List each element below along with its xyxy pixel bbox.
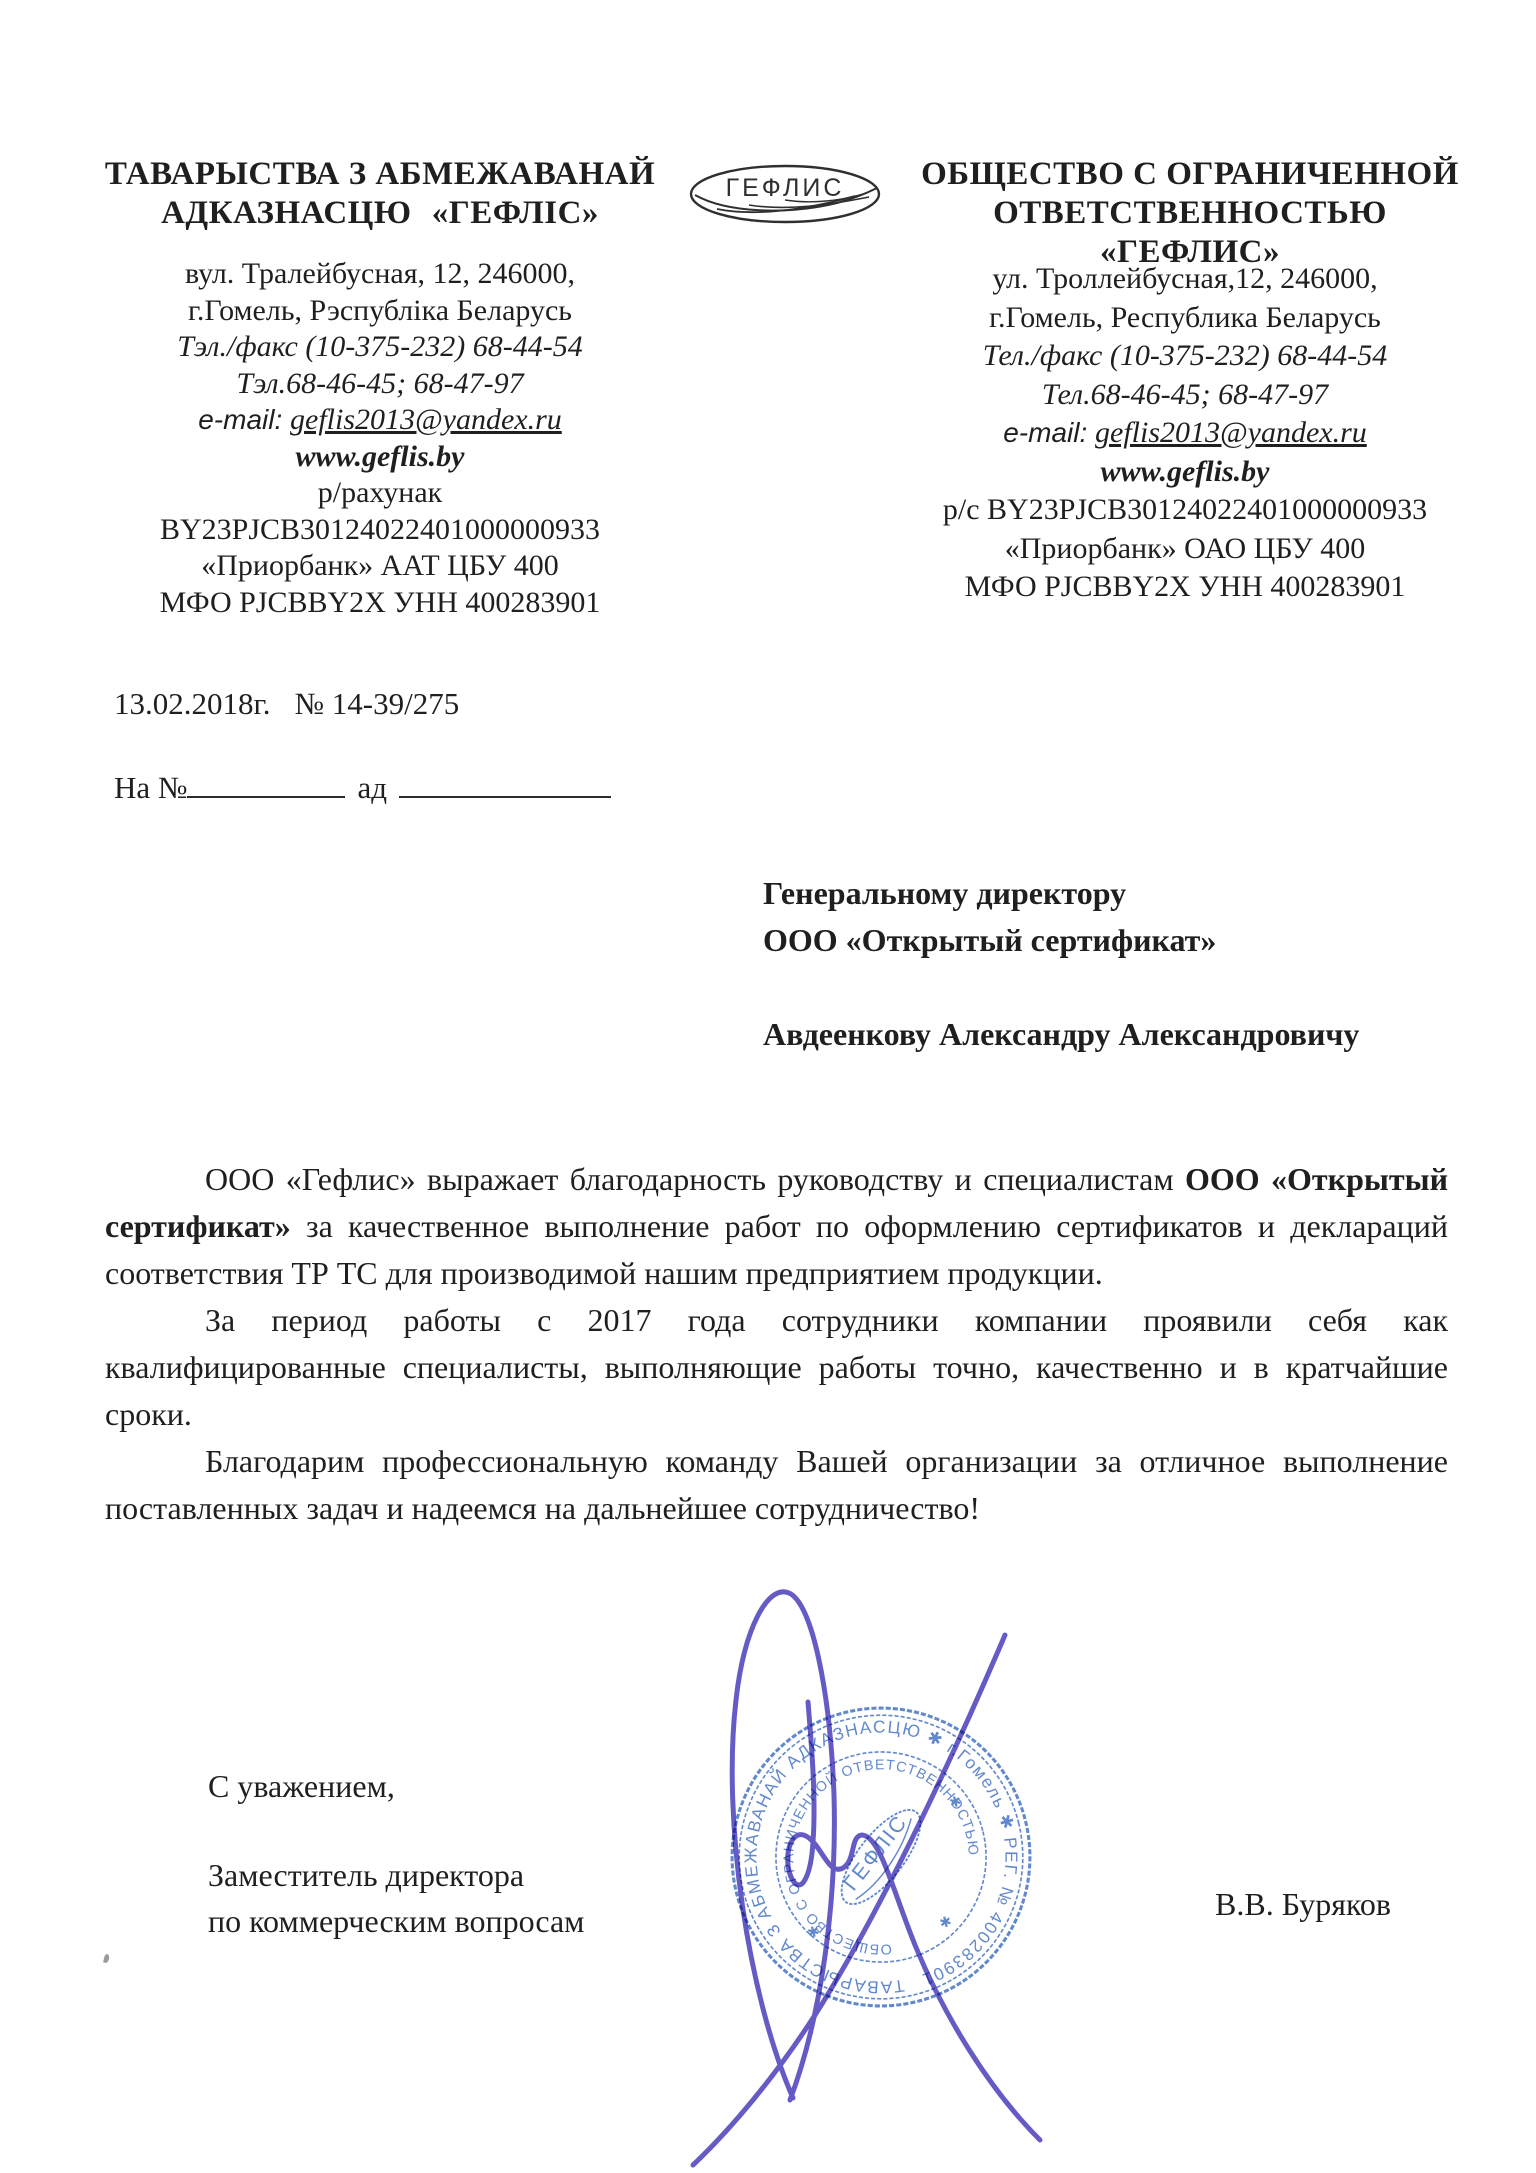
email-label-ru: e-mail [1003, 417, 1079, 448]
addressee-position: Генеральному директору [763, 870, 1463, 917]
email-line-by: e-mail: geflis2013@yandex.ru [80, 402, 680, 439]
company-title-russian: ОБЩЕСТВО С ОГРАНИЧЕННОЙ ОТВЕТСТВЕННОСТЬЮ… [900, 155, 1480, 272]
letter-number: № 14-39/275 [294, 686, 459, 721]
bank-codes-ru: МФО PJCBBY2X УНН 400283901 [885, 568, 1485, 607]
reply-prefix: На № [114, 770, 187, 805]
p1-start: ООО «Гефлис» выражает благодарность руко… [205, 1161, 1185, 1197]
account-number-by: BY23PJCB30124022401000000933 [80, 512, 680, 549]
geflis-logo-icon: ГЕФЛИС [687, 163, 883, 225]
letter-body: ООО «Гефлис» выражает благодарность руко… [105, 1156, 1448, 1532]
address-block-russian: ул. Троллейбусная,12, 246000, г.Гомель, … [885, 260, 1485, 607]
letter-date: 13.02.2018г. [114, 686, 270, 721]
address-block-belarusian: вул. Тралейбусная, 12, 246000, г.Гомель,… [80, 256, 680, 621]
salutation: С уважением, [208, 1768, 395, 1805]
reply-reference-line: На №ад [114, 766, 611, 806]
bank-codes-by: МФО PJCBBY2X УНН 400283901 [80, 585, 680, 622]
city-ru: г.Гомель, Республика Беларусь [885, 299, 1485, 338]
paragraph-3: Благодарим профессиональную команду Ваше… [105, 1438, 1448, 1532]
p1-end: за качественное выполнение работ по офор… [105, 1208, 1448, 1291]
signer-position: Заместитель директора по коммерческим во… [208, 1852, 584, 1944]
bank-by: «Приорбанк» ААТ ЦБУ 400 [80, 548, 680, 585]
paragraph-2: За период работы с 2017 года сотрудники … [105, 1297, 1448, 1438]
email-address-by: geflis2013@yandex.ru [290, 403, 562, 436]
paragraph-1: ООО «Гефлис» выражает благодарность руко… [105, 1156, 1448, 1297]
reply-middle: ад [357, 770, 387, 805]
email-address-ru: geflis2013@yandex.ru [1095, 416, 1367, 449]
account-number-ru: р/с BY23PJCB30124022401000000933 [885, 491, 1485, 530]
phone-fax-by: Тэл./факс (10-375-232) 68-44-54 [80, 329, 680, 366]
phone-fax-ru: Тел./факс (10-375-232) 68-44-54 [885, 337, 1485, 376]
logo-text: ГЕФЛИС [726, 174, 845, 202]
website-by: www.geflis.by [80, 439, 680, 476]
addressee-name: Авдеенкову Александру Александровичу [763, 1011, 1463, 1058]
company-title-by-line1: ТАВАРЫСТВА З АБМЕЖАВАНАЙ [85, 155, 675, 194]
letter-page: ТАВАРЫСТВА З АБМЕЖАВАНАЙ АДКАЗНАСЦЮ «ГЕФ… [0, 0, 1536, 2173]
phone-by: Тэл.68-46-45; 68-47-97 [80, 366, 680, 403]
account-label-by: р/рахунак [80, 475, 680, 512]
reply-date-blank [399, 766, 611, 798]
email-label-by: e-mail [198, 404, 274, 435]
company-title-ru-line1: ОБЩЕСТВО С ОГРАНИЧЕННОЙ [900, 155, 1480, 194]
street-by: вул. Тралейбусная, 12, 246000, [80, 256, 680, 293]
reply-number-blank [187, 766, 345, 798]
street-ru: ул. Троллейбусная,12, 246000, [885, 260, 1485, 299]
city-by: г.Гомель, Рэспубліка Беларусь [80, 293, 680, 330]
addressee-company: ООО «Открытый сертификат» [763, 917, 1463, 964]
company-title-by-line2: АДКАЗНАСЦЮ «ГЕФЛІС» [85, 194, 675, 233]
signer-position-line2: по коммерческим вопросам [208, 1898, 584, 1944]
scan-artifact [103, 1954, 110, 1964]
handwritten-signature [620, 1560, 1080, 2173]
addressee-block: Генеральному директору ООО «Открытый сер… [763, 870, 1463, 1058]
signer-name: В.В. Буряков [1215, 1886, 1391, 1923]
date-and-ref-number: 13.02.2018г.№ 14-39/275 [114, 686, 459, 722]
email-line-ru: e-mail: geflis2013@yandex.ru [885, 414, 1485, 453]
company-title-belarusian: ТАВАРЫСТВА З АБМЕЖАВАНАЙ АДКАЗНАСЦЮ «ГЕФ… [85, 155, 675, 233]
bank-ru: «Приорбанк» ОАО ЦБУ 400 [885, 530, 1485, 569]
website-ru: www.geflis.by [885, 453, 1485, 492]
phone-ru: Тел.68-46-45; 68-47-97 [885, 376, 1485, 415]
signer-position-line1: Заместитель директора [208, 1852, 584, 1898]
